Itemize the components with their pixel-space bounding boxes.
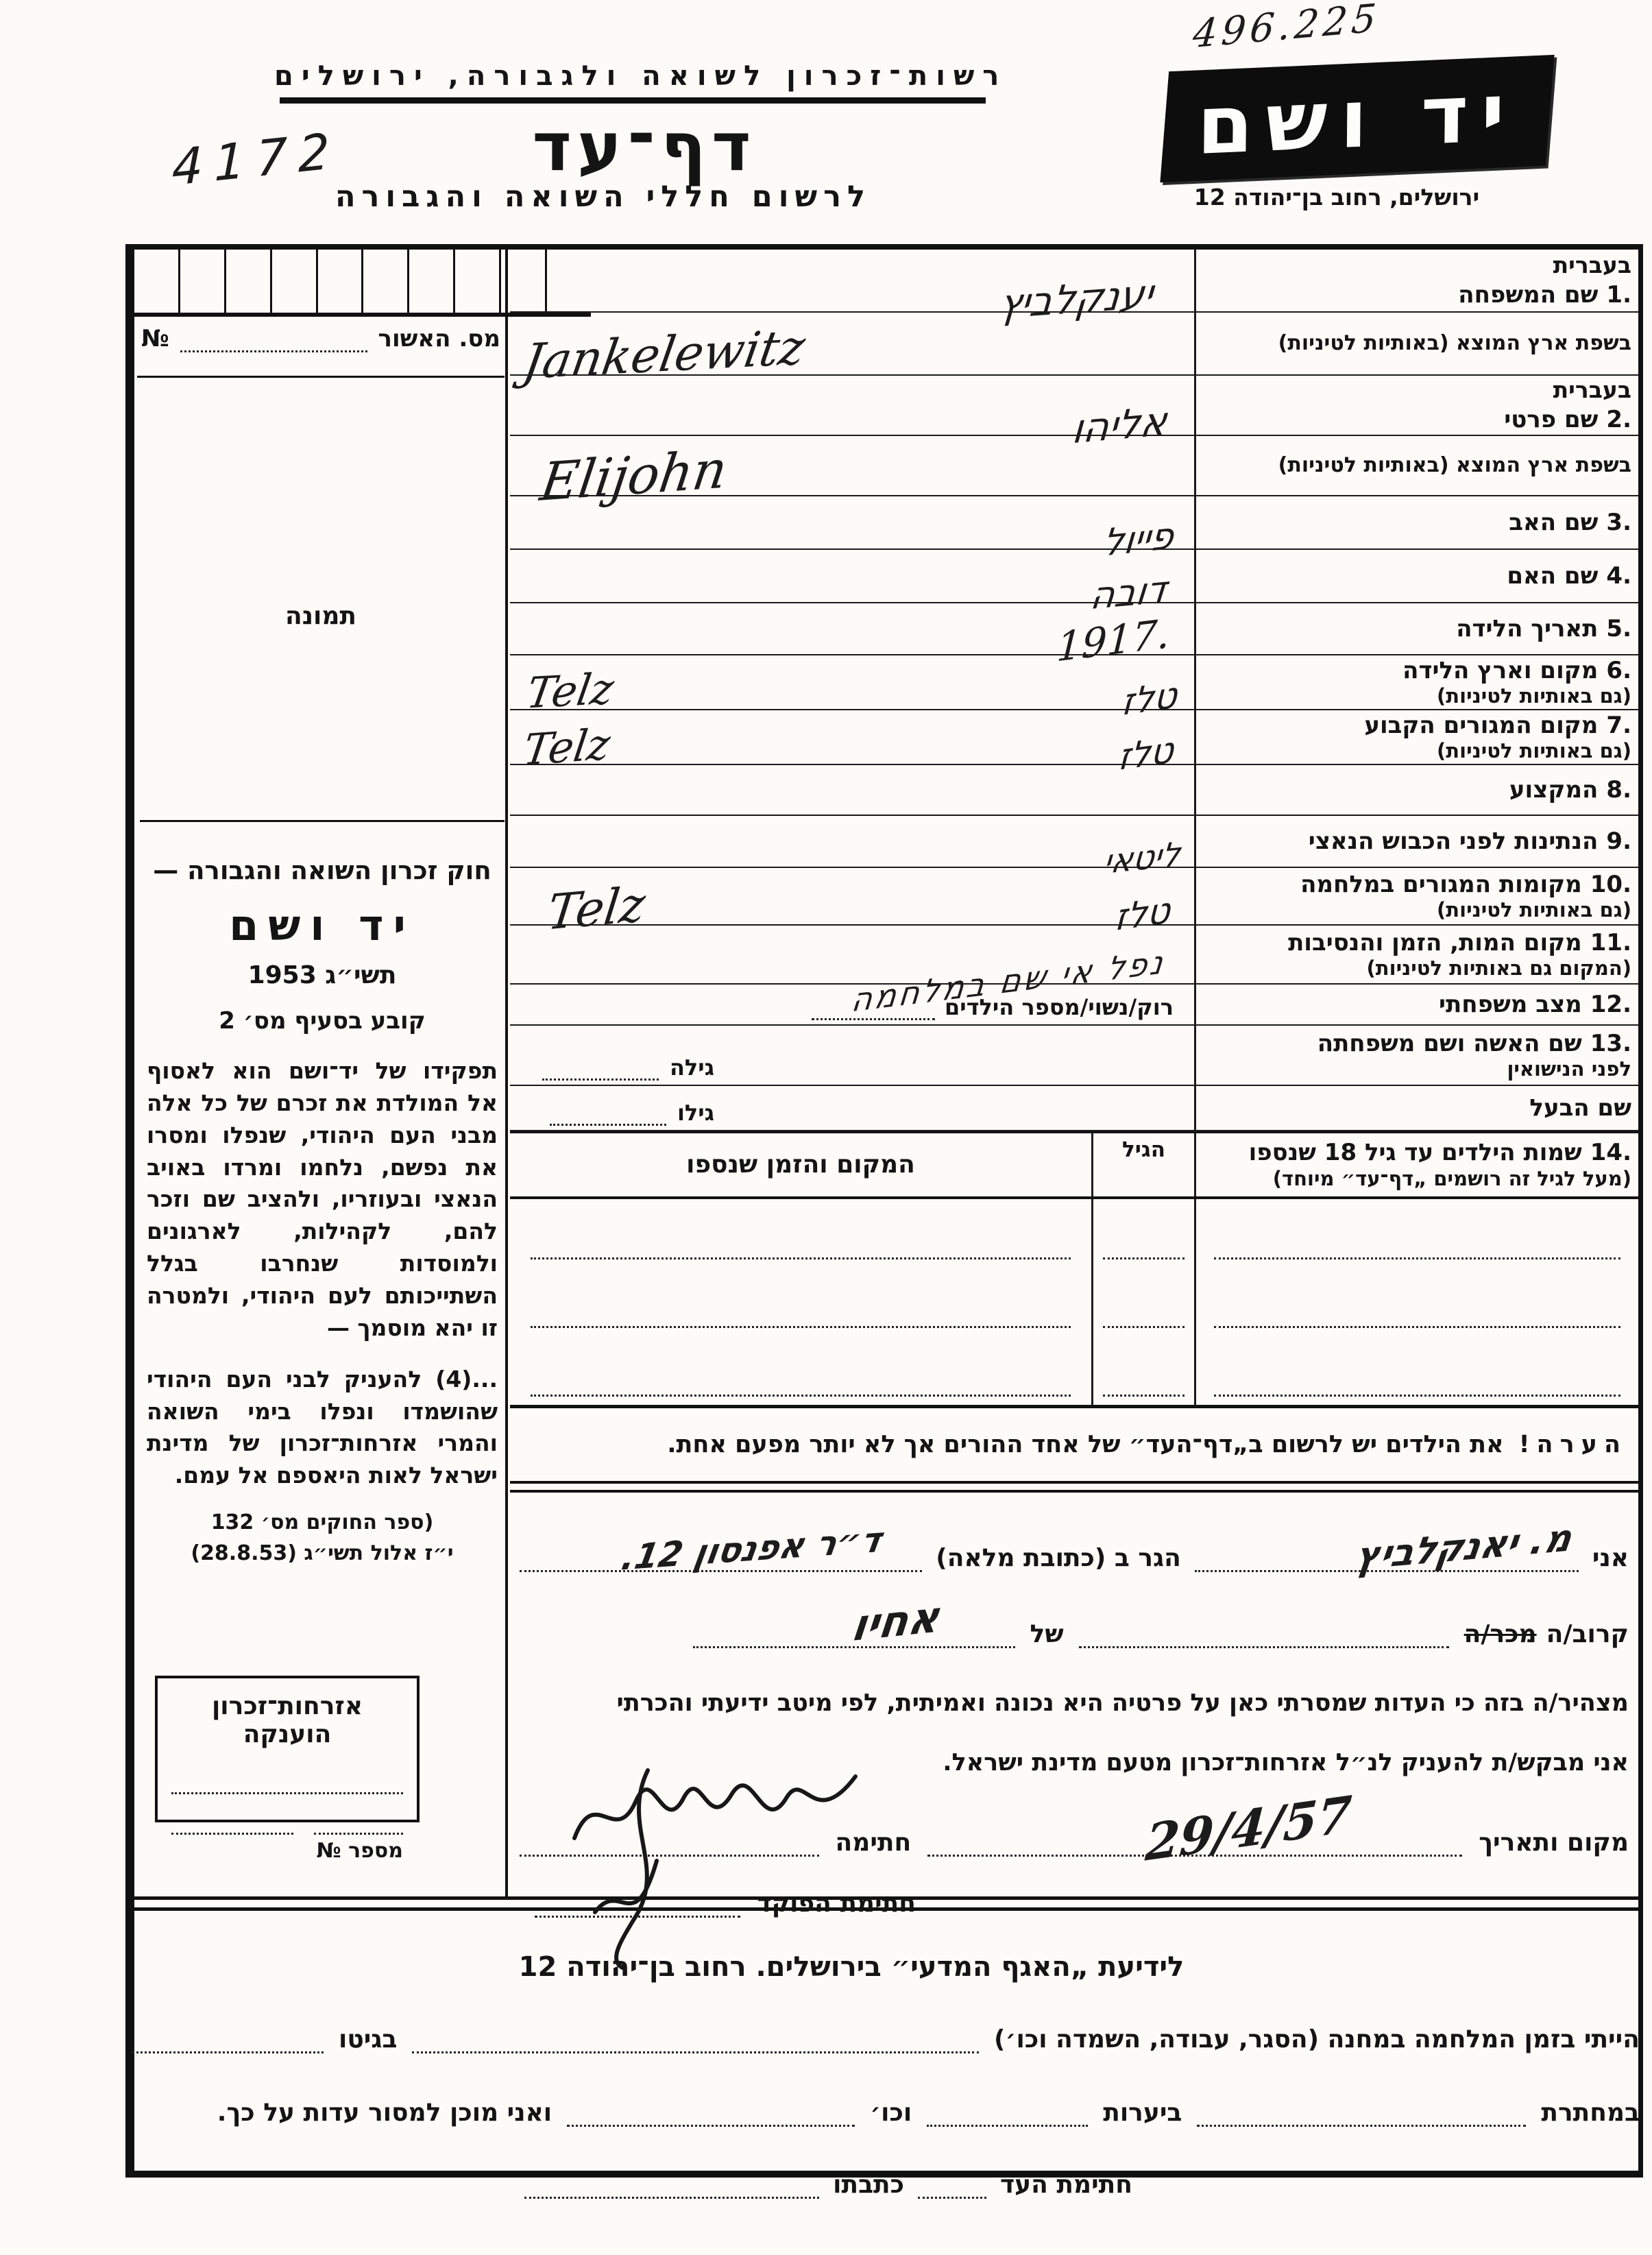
language-note: בעברית <box>1200 252 1631 279</box>
memorial-citizenship-line <box>171 1781 403 1794</box>
children-table: 14.שמות הילדים עד גיל 18 שנספו (מעל לגיל… <box>510 1131 1638 1408</box>
field-label: מקומות המגורים במלחמה <box>1300 871 1582 898</box>
serial-strip-cell <box>453 250 499 313</box>
field-row-profession: 8.המקצוע <box>510 765 1638 816</box>
war-location-line-1: הייתי בזמן המלחמה במחנה (הסגר, עבודה, הש… <box>132 2025 1640 2053</box>
marital-line <box>812 996 935 1020</box>
number-line-left <box>171 1822 293 1835</box>
witness-signature-blank <box>918 2172 986 2199</box>
registrar-signature-blank <box>535 1891 740 1918</box>
field-label: הנתינות לפני הכבוש הנאצי <box>1309 828 1599 855</box>
field-label: בשפת ארץ המוצא (באותיות לטיניות) <box>1200 453 1631 477</box>
field-label: מקום המות, הזמן והנסיבות <box>1288 929 1582 956</box>
numero-symbol: № <box>141 325 169 352</box>
forests-label: ביערות <box>1103 2099 1182 2127</box>
law-section: קובע בסעיף מס׳ 2 <box>147 1007 498 1035</box>
child-name-line <box>1214 1246 1620 1259</box>
handwritten-witness-name: מ. יאנקלביץ <box>1352 1515 1575 1578</box>
memorial-citizenship-number-label: מספר № <box>171 1839 403 1863</box>
field-label: מקום וארץ הלידה <box>1402 657 1598 684</box>
memorial-citizenship-number-row <box>171 1822 403 1835</box>
relation-line: קרוב/ה מכר/ה של אחיו <box>520 1620 1629 1648</box>
ghetto-label: בגיטו <box>339 2025 397 2053</box>
registrar-signature-label: חתימת הפוקד <box>757 1890 916 1918</box>
law-reference-2: י״ז אלול תשי״ג (28.8.53) <box>147 1538 498 1569</box>
field-row-citizenship: 9.הנתינות לפני הכבוש הנאצי ליטאי <box>510 816 1638 868</box>
citizenship-request: אני מבקש/ת להעניק לנ״ל אזרחות־זכרון מטעם… <box>807 1748 1629 1779</box>
declarant-name-line: מ. יאנקלביץ <box>1195 1545 1579 1572</box>
law-name: יד ושם <box>147 900 498 950</box>
field-row-husband-name: שם הבעל גילו <box>510 1086 1638 1131</box>
field-label: שם המשפחה <box>1458 281 1598 309</box>
her-age-label: גילה <box>670 1054 714 1081</box>
handwritten-witness-address: ד״ר אפנסון 12. <box>618 1519 884 1578</box>
law-text-2: ...(4) להעניק לבני העם היהודי שהושמדו ונ… <box>147 1364 498 1492</box>
field-label: שם האשה ושם משפחתה <box>1317 1030 1582 1057</box>
note-text: את הילדים יש לרשום ב„דף־העד״ של אחד ההור… <box>667 1431 1503 1458</box>
underground-label: במחתרת <box>1541 2099 1640 2127</box>
left-col-rule2 <box>140 820 505 822</box>
underground-line <box>1197 2100 1526 2127</box>
memorial-citizenship-box: אזרחות־זכרון הוענקה מספר № <box>155 1676 420 1822</box>
field-row-birth-place: 6.מקום וארץ הלידה(גם באותיות לטיניות) Te… <box>510 655 1638 710</box>
children-table-subtitle: (מעל לגיל זה רושמים „דף־עד״ מיוחד) <box>1203 1167 1631 1191</box>
yad-vashem-logo-text: יד ושם <box>1197 64 1518 173</box>
field-row-war-residence: 10.מקומות המגורים במלחמה(גם באותיות לטינ… <box>510 868 1638 926</box>
serial-strip-cell <box>270 250 316 313</box>
field-row-marital-status: 12.מצב משפחתי רוק/נשוי/מספר הילדים <box>510 985 1638 1026</box>
left-col-rule <box>137 376 505 378</box>
law-reference-1: (ספר החוקים מס׳ 132 <box>147 1507 498 1538</box>
authority-title: רשות־זכרון לשואה ולגבורה, ירושלים <box>274 60 1007 92</box>
children-age-column-header: הגיל <box>1091 1133 1194 1196</box>
approval-number-row: מס. האשור № <box>141 325 500 352</box>
handwritten-relation: אחיו <box>849 1591 943 1651</box>
note-prefix: הערה! <box>1519 1431 1627 1458</box>
etc-line <box>567 2100 855 2127</box>
field-row-first-name-hebrew: בעברית 2.שם פרטי אליהו <box>510 376 1638 436</box>
form-title: דף־עד <box>480 108 809 186</box>
children-table-row <box>510 1268 1638 1336</box>
camp-label: הייתי בזמן המלחמה במחנה (הסגר, עבודה, הש… <box>994 2025 1640 2053</box>
language-note: בעברית <box>1200 377 1631 404</box>
form-fields: בעברית 1.שם המשפחה יענקלביץ בשפת ארץ המו… <box>510 250 1638 1918</box>
field-row-mother-name: 4.שם האם דובה <box>510 550 1638 603</box>
children-table-row <box>510 1336 1638 1405</box>
scientific-division-heading: לידיעת „האגף המדעי״ בירושלים. רחוב בן־יה… <box>447 1951 1256 1983</box>
daf-ed-testimony-form: רשות־זכרון לשואה ולגבורה, ירושלים דף־עד … <box>0 0 1652 2255</box>
registrar-signature-line: חתימת הפוקד <box>520 1890 916 1918</box>
i-label: אני <box>1592 1544 1629 1572</box>
child-name-line <box>1214 1315 1620 1328</box>
witness-address-blank <box>524 2172 819 2199</box>
handwritten-archive-number: 496.225 <box>1191 0 1382 57</box>
relation-to-line: אחיו <box>693 1621 1015 1648</box>
child-age-line <box>1103 1384 1185 1397</box>
photo-placeholder-label: תמונה <box>137 602 505 630</box>
witness-signature-label: חתימת העד <box>1000 2171 1132 2199</box>
place-date-signature-line: מקום ותאריך 29/4/57 חתימה <box>520 1829 1629 1857</box>
children-table-row <box>510 1199 1638 1268</box>
yad-vashem-address: ירושלים, רחוב בן־יהודה 12 <box>1124 184 1549 210</box>
field-row-family-name-hebrew: בעברית 1.שם המשפחה יענקלביץ <box>510 250 1638 313</box>
yad-vashem-logo: יד ושם <box>1160 55 1554 182</box>
declaration-statement: מצהיר/ה בזה כי העדות שמסרתי כאן על פרטיה… <box>520 1688 1629 1720</box>
relative-label: קרוב/ה <box>1546 1620 1629 1648</box>
field-label: המקצוע <box>1509 776 1599 804</box>
form-border-right <box>1638 244 1643 2178</box>
place-date-label: מקום ותאריך <box>1479 1829 1629 1857</box>
child-age-line <box>1103 1315 1185 1328</box>
relation-line-blank <box>1079 1621 1449 1648</box>
field-label: שם האם <box>1507 562 1598 590</box>
children-place-column-header: המקום והזמן שנספו <box>510 1133 1091 1196</box>
field-label: שם הבעל <box>1200 1094 1631 1122</box>
his-age-line <box>550 1102 666 1126</box>
serial-strip-cell <box>224 250 270 313</box>
field-row-first-name-latin: בשפת ארץ המוצא (באותיות לטיניות) Elijohn <box>510 436 1638 496</box>
law-heading: חוק זכרון השואה והגבורה — <box>147 856 498 885</box>
field-label: מצב משפחתי <box>1439 991 1582 1018</box>
field-row-family-name-latin: בשפת ארץ המוצא (באותיות לטיניות) Jankele… <box>510 313 1638 376</box>
field-row-wife-name: 13.שם האשה ושם משפחתהלפני הנישואין גילה <box>510 1026 1638 1086</box>
field-label: תאריך הלידה <box>1456 615 1598 642</box>
handwritten-place-date: 29/4/57 <box>1144 1784 1354 1872</box>
note-double-rule <box>510 1481 1638 1493</box>
acquaintance-label: מכר/ה <box>1464 1620 1537 1648</box>
law-year: תשי״ג 1953 <box>147 961 498 989</box>
field-row-father-name: 3.שם האב פייול <box>510 496 1638 550</box>
number-line-right <box>314 1822 403 1835</box>
declaration-section: אני מ. יאנקלביץ הגר ב (כתובת מלאה) ד״ר א… <box>510 1544 1638 1918</box>
field-label: שם פרטי <box>1504 406 1598 433</box>
form-border-top <box>127 244 1643 250</box>
approval-number-line <box>180 327 367 352</box>
approval-number-label: מס. האשור <box>378 325 501 352</box>
marital-options-label: רוק/נשוי/מספר הילדים <box>945 994 1174 1020</box>
form-subtitle: לרשום חללי השואה והגבורה <box>322 180 884 214</box>
witness-signature-line: חתימת העד כתבתו <box>132 2171 1132 2199</box>
left-column-divider <box>505 250 508 1899</box>
etc-label: וכו׳ <box>870 2099 912 2127</box>
residing-label: הגר ב (כתובת מלאה) <box>936 1544 1181 1572</box>
serial-strip-cell <box>134 250 178 313</box>
of-label: של <box>1030 1620 1064 1648</box>
serial-strip-cell <box>361 250 407 313</box>
field-row-birth-date: 5.תאריך הלידה 1917. <box>510 603 1638 655</box>
testify-label: ואני מוכן למסור עדות על כך. <box>217 2099 552 2127</box>
field-row-death-details: 11.מקום המות, הזמן והנסיבות(המקום גם באו… <box>510 926 1638 985</box>
scientific-division-section: לידיעת „האגף המדעי״ בירושלים. רחוב בן־יה… <box>132 1918 1640 2199</box>
field-row-permanent-residence: 7.מקום המגורים הקבוע(גם באותיות לטיניות)… <box>510 710 1638 765</box>
declarant-address-line: ד״ר אפנסון 12. <box>520 1545 922 1572</box>
children-table-title: שמות הילדים עד גיל 18 שנספו <box>1249 1139 1582 1166</box>
war-location-line-2: במחתרת ביערות וכו׳ ואני מוכן למסור עדות … <box>132 2099 1640 2127</box>
child-name-line <box>1214 1384 1620 1397</box>
memorial-citizenship-title: אזרחות־זכרון הוענקה <box>171 1692 403 1748</box>
law-excerpt: חוק זכרון השואה והגבורה — יד ושם תשי״ג 1… <box>147 856 498 1569</box>
child-age-line <box>1103 1246 1185 1259</box>
declarant-identity-line: אני מ. יאנקלביץ הגר ב (כתובת מלאה) ד״ר א… <box>520 1544 1629 1572</box>
serial-strip-cell <box>407 250 453 313</box>
his-age-label: גילו <box>677 1100 714 1126</box>
form-border-left <box>125 244 134 2178</box>
ghetto-line <box>132 2027 324 2053</box>
handwritten-file-number: 4172 <box>172 121 341 197</box>
witness-address-label: כתבתו <box>833 2171 904 2199</box>
serial-strip-cell <box>178 250 224 313</box>
her-age-line <box>542 1057 659 1081</box>
field-label: מקום המגורים הקבוע <box>1364 712 1598 739</box>
header-underline <box>280 97 986 104</box>
child-place-line <box>531 1384 1071 1397</box>
child-place-line <box>531 1246 1071 1259</box>
field-label: בשפת ארץ המוצא (באותיות לטיניות) <box>1200 331 1631 355</box>
law-text-1: תפקידו של יד־ושם הוא לאסוף אל המולדת את … <box>147 1055 498 1344</box>
child-place-line <box>531 1315 1071 1328</box>
children-registration-note: הערה! את הילדים יש לרשום ב„דף־העד״ של אח… <box>510 1408 1638 1481</box>
forests-line <box>927 2100 1088 2127</box>
camp-line <box>412 2027 979 2053</box>
serial-strip-cell <box>316 250 362 313</box>
place-date-line: 29/4/57 <box>927 1830 1462 1857</box>
field-label: שם האב <box>1509 509 1598 536</box>
